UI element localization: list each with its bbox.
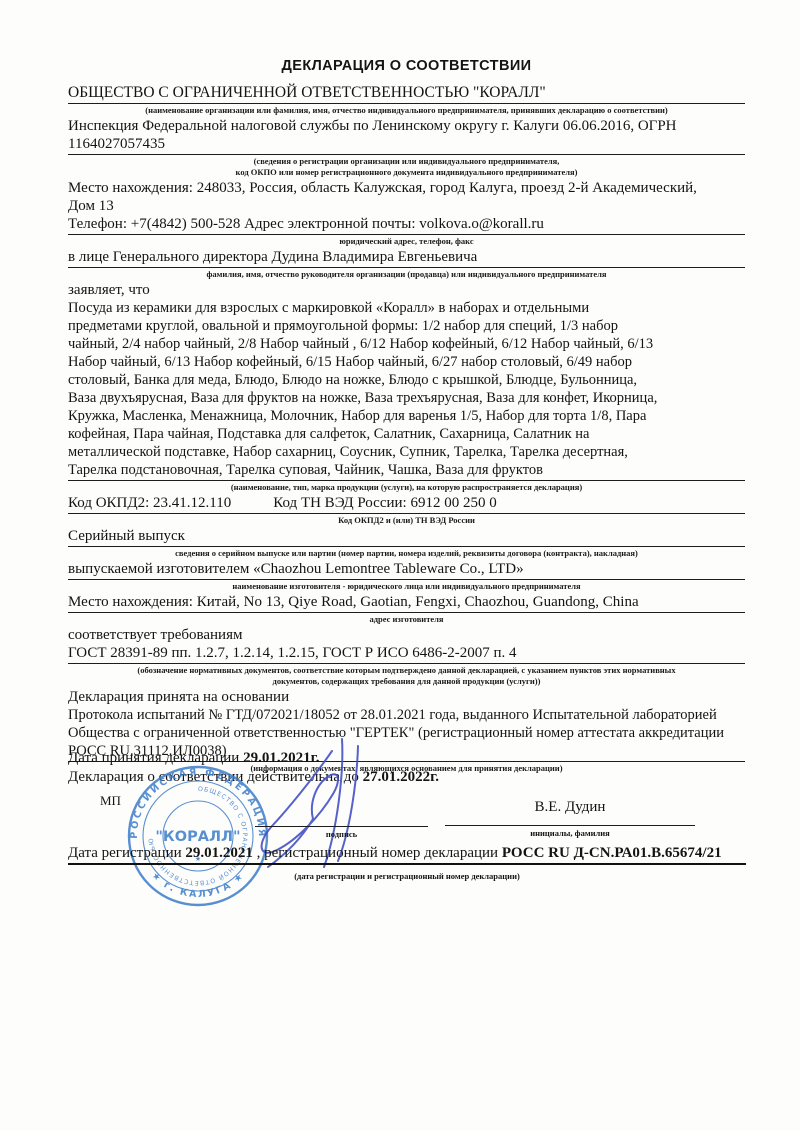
validity-date-value: 27.01.2022г. bbox=[363, 769, 439, 785]
codes-caption: Код ОКПД2 и (или) ТН ВЭД России bbox=[68, 516, 745, 525]
registration-caption: (дата регистрации и регистрационный номе… bbox=[68, 868, 746, 885]
registration-info-caption-line2: код ОКПО или номер регистрационного доку… bbox=[68, 168, 745, 177]
tnved-code: Код ТН ВЭД России: 6912 00 250 0 bbox=[273, 495, 496, 511]
registration-line: Дата регистрации 29.01.2021 , регистраци… bbox=[68, 845, 746, 862]
validity-date-line: Декларация о соответствии действительна … bbox=[68, 768, 439, 786]
field-rule bbox=[68, 513, 745, 514]
adoption-date-value: 29.01.2021г. bbox=[243, 750, 319, 766]
registration-rule bbox=[68, 863, 746, 865]
representative-caption: фамилия, имя, отчество руководителя орга… bbox=[68, 270, 745, 279]
compliance-standards: ГОСТ 28391-89 пп. 1.2.7, 1.2.14, 1.2.15,… bbox=[68, 644, 745, 662]
product-codes: Код ОКПД2: 23.41.12.110Код ТН ВЭД России… bbox=[68, 494, 745, 512]
field-rule bbox=[68, 154, 745, 155]
serial-caption: сведения о серийном выпуске или партии (… bbox=[68, 549, 745, 558]
document-title: ДЕКЛАРАЦИЯ О СООТВЕТСТВИИ bbox=[68, 58, 745, 74]
declarant-name: ОБЩЕСТВО С ОГРАНИЧЕННОЙ ОТВЕТСТВЕННОСТЬЮ… bbox=[68, 84, 745, 102]
stamp-center-text: "КОРАЛЛ" bbox=[155, 829, 240, 845]
manufacturer-address-caption: адрес изготовителя bbox=[68, 615, 745, 624]
mp-seal-label: МП bbox=[100, 793, 121, 809]
registration-middle: , регистрационный номер декларации bbox=[253, 845, 502, 861]
signature-caption: подпись bbox=[255, 829, 428, 839]
field-rule bbox=[68, 612, 745, 613]
field-rule bbox=[68, 234, 745, 235]
declarant-contacts: Телефон: +7(4842) 500-528 Адрес электрон… bbox=[68, 215, 745, 233]
signatory-name: В.Е. Дудин bbox=[445, 799, 695, 816]
adoption-date-line: Дата принятия декларации 29.01.2021г. bbox=[68, 749, 319, 767]
declaration-document-page: ДЕКЛАРАЦИЯ О СООТВЕТСТВИИ ОБЩЕСТВО С ОГР… bbox=[0, 0, 800, 1131]
product-description-caption: (наименование, тип, марка продукции (усл… bbox=[68, 483, 745, 492]
product-description: Посуда из керамики для взрослых с маркир… bbox=[68, 299, 664, 479]
registration-info-caption-line1: (сведения о регистрации организации или … bbox=[68, 157, 745, 166]
manufacturer-name: выпускаемой изготовителем «Chaozhou Lemo… bbox=[68, 560, 745, 578]
validity-date-label: Декларация о соответствии действительна … bbox=[68, 769, 363, 785]
contacts-caption: юридический адрес, телефон, факс bbox=[68, 237, 745, 246]
okpd2-code: Код ОКПД2: 23.41.12.110 bbox=[68, 495, 231, 511]
field-rule bbox=[68, 663, 745, 664]
declarant-address-line2: Дом 13 bbox=[68, 197, 745, 215]
declares-text: заявляет, что bbox=[68, 281, 745, 299]
manufacturer-address: Место нахождения: Китай, No 13, Qiye Roa… bbox=[68, 593, 745, 611]
registration-info-line1: Инспекция Федеральной налоговой службы п… bbox=[68, 117, 745, 135]
registration-block: Дата регистрации 29.01.2021 , регистраци… bbox=[68, 845, 746, 885]
declarant-name-caption: (наименование организации или фамилия, и… bbox=[68, 106, 745, 115]
declarant-address-line1: Место нахождения: 248033, Россия, област… bbox=[68, 179, 745, 197]
signatory-caption: инициалы, фамилия bbox=[445, 828, 695, 838]
manufacturer-caption: наименование изготовителя - юридического… bbox=[68, 582, 745, 591]
standards-caption-line1: (обозначение нормативных документов, соо… bbox=[68, 666, 745, 675]
signature-field: подпись bbox=[255, 810, 428, 839]
field-rule bbox=[68, 267, 745, 268]
signatory-rule bbox=[445, 825, 695, 826]
signatory-field: В.Е. Дудин инициалы, фамилия bbox=[445, 799, 695, 838]
basis-intro: Декларация принята на основании bbox=[68, 688, 745, 706]
registration-date: 29.01.2021 bbox=[185, 845, 253, 861]
field-rule bbox=[68, 579, 745, 580]
registration-number: РОСС RU Д-CN.РА01.В.65674/21 bbox=[502, 845, 722, 861]
field-rule bbox=[68, 546, 745, 547]
registration-prefix: Дата регистрации bbox=[68, 845, 185, 861]
serial-release: Серийный выпуск bbox=[68, 527, 745, 545]
representative: в лице Генерального директора Дудина Вла… bbox=[68, 248, 745, 266]
compliance-intro: соответствует требованиям bbox=[68, 626, 745, 644]
standards-caption-line2: документов, содержащих требования для да… bbox=[68, 677, 745, 686]
field-rule bbox=[68, 103, 745, 104]
adoption-date-label: Дата принятия декларации bbox=[68, 750, 243, 766]
registration-info-line2: 1164027057435 bbox=[68, 135, 745, 153]
field-rule bbox=[68, 480, 745, 481]
document-content: ДЕКЛАРАЦИЯ О СООТВЕТСТВИИ ОБЩЕСТВО С ОГР… bbox=[68, 58, 745, 775]
signature-rule bbox=[255, 826, 428, 827]
